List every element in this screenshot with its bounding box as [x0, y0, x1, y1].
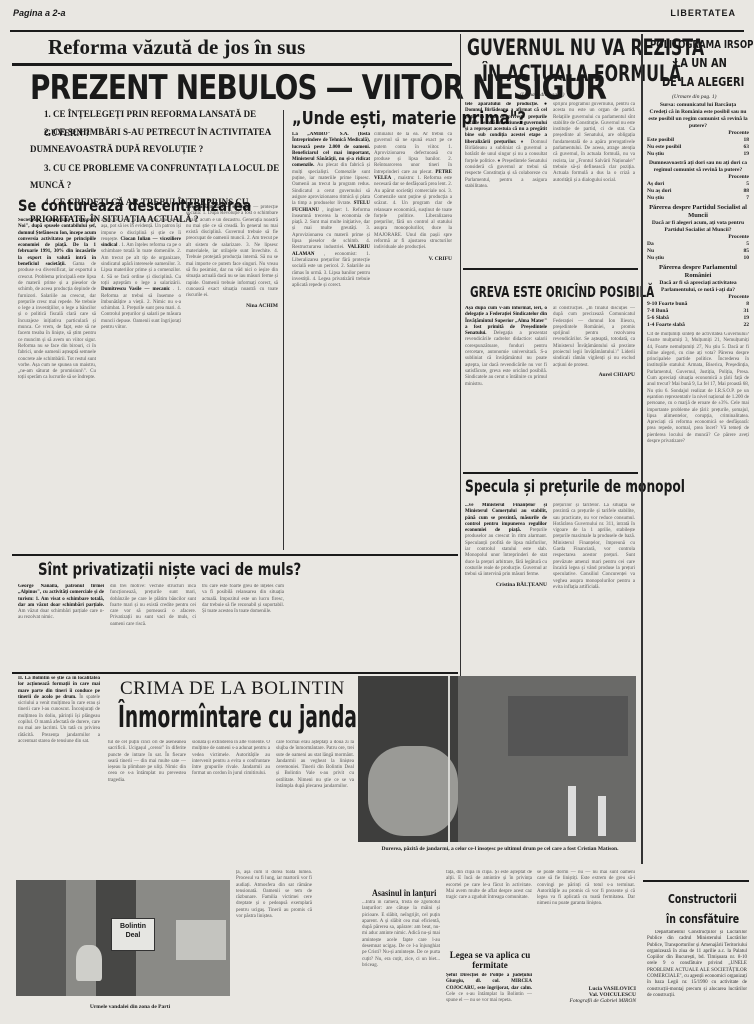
article-byline: Aurel CHIAPU — [553, 372, 635, 378]
column-divider — [641, 34, 643, 864]
article-column: prețurilor și tarifelor. La situația se … — [553, 503, 635, 653]
poll-header: Procente — [647, 294, 749, 301]
bolintin-headline: Înmormîntare cu jandarmi — [118, 700, 392, 735]
poll-row: 1-4 Foarte slabă22 — [647, 322, 749, 329]
kicker-rule — [12, 63, 452, 66]
poll-continued-text: Cît de mulțumiți sînteți de activitatea … — [647, 332, 749, 872]
survey-question: 3. CU CE PROBLEME VA CONFRUNTAȚI LA LOCU… — [30, 160, 285, 194]
sign-text: Deal — [112, 931, 154, 940]
article-column: Șeful Direcției de Poliție a județului G… — [446, 973, 532, 1017]
interviewee-name: Dumitrescu Vasile — mecanic — [101, 287, 170, 292]
photo-caption: Urmele vandalei din zona de Parti — [60, 1004, 200, 1010]
article-byline: V. CRIFU — [374, 256, 452, 262]
header-rule — [10, 30, 744, 32]
article-column: ...ve Ministerul Finanțelor și Ministeru… — [465, 503, 547, 653]
article-column: La „AMIRO" S.A. (fosta Întreprindere de … — [292, 132, 370, 547]
poll-block: Părerea despre Parlamentul României Dacă… — [647, 264, 749, 329]
sign-text: Bolintin — [112, 922, 154, 931]
section-rule — [12, 672, 458, 674]
poll-header: Procente — [647, 130, 749, 137]
poll-row: Nu știu10 — [647, 255, 749, 262]
poll-question: Dacă ar fi să apreciați activitatea Parl… — [647, 280, 749, 294]
poll-row: Aș dori5 — [647, 181, 749, 188]
newspaper-masthead: LIBERTATEA — [670, 8, 736, 18]
poll-row: 7-8 Bună31 — [647, 308, 749, 315]
column-divider — [460, 34, 461, 684]
article-byline: Nina ACHIM — [186, 303, 278, 309]
poll-title-line: DE LA ALEGERI — [662, 75, 734, 89]
funeral-photo — [358, 676, 636, 842]
poll-question: Dumneavoastră ați dori sau nu ați dori c… — [647, 160, 749, 174]
poll-header: Procente — [647, 174, 749, 181]
continuation-note: (Urmare din pag. 1) — [672, 94, 716, 100]
house-shape — [176, 920, 226, 960]
article-column: Breazianu Iulian — strungar — protecție … — [186, 205, 278, 535]
article-column: Societatea Comercială „Timpuri Noi", dup… — [18, 218, 96, 548]
section-rule — [12, 554, 458, 556]
privatization-headline: Sînt privatizații niște vaci de muls? — [38, 560, 301, 580]
page-number: Pagina a 2-a — [13, 8, 66, 18]
article-byline: Cristina BĂLȚEANU — [465, 582, 547, 588]
survey-question: 2. CE SCHIMBĂRI S-AU PETRECUT ÎN ACTIVIT… — [30, 124, 285, 158]
poll-body: Sursa: comunicatul lui Barcăuța Credeți … — [647, 102, 749, 872]
poll-question: Dacă ar fi alegeri acum, ați vota pentru… — [647, 220, 749, 234]
builders-headline-line2: în consfătuire — [666, 912, 739, 926]
poll-block: Părerea despre Partidul Socialist al Mun… — [647, 204, 749, 262]
column-divider — [283, 110, 284, 550]
town-sign: Bolintin Deal — [111, 918, 155, 951]
builders-body: Departamentul Construcțiilor și Lucrăril… — [647, 930, 747, 1012]
subhead-law: Legea se va aplica cu fermitate — [448, 950, 532, 970]
poll-block-title: Părerea despre Parlamentul României — [647, 264, 749, 280]
cross-shape — [568, 786, 576, 836]
poll-question: Credeți că în România este posibil sau n… — [647, 109, 749, 130]
article-column: tele aparatului de producție. ● Domnul B… — [465, 102, 547, 262]
article-column: II. La Bolintin se știe că în localitate… — [18, 676, 100, 876]
photo-caption: Durerea, păzită de jandarmi, a celor ce-… — [380, 846, 620, 852]
poll-row: 5-6 Slabă19 — [647, 315, 749, 322]
article-column: ajuns, nu avea să pară lucru bine să fie… — [101, 218, 181, 548]
poll-title-line: POLITOGRAMA IRSOP — [650, 38, 728, 51]
survey-kicker: Reforma văzută de jos în sus — [48, 35, 305, 60]
article-column: fața, din clipă în clipă. Și este aștept… — [446, 870, 532, 930]
subhead-assassin: Asasinul în lanțuri — [372, 888, 436, 898]
article-column: tru care este foarte greu de înțeles cum… — [202, 584, 284, 666]
poll-block: Dumneavoastră ați dori sau nu ați dori c… — [647, 160, 749, 202]
poll-header: Procente — [647, 234, 749, 241]
article-column: ță, așa cum îl dorea toată lumea. Proces… — [236, 870, 312, 1020]
article-column: ...Intră în camera, tristă de zgomotul l… — [362, 900, 440, 1018]
poll-row: Nu știu19 — [647, 151, 749, 158]
poll-row: Nu85 — [647, 248, 749, 255]
poll-intro: Sursa: comunicatul lui Barcăuța — [647, 102, 749, 109]
poll-title: POLITOGRAMA IRSOP LA UN AN DE LA ALEGERI — [644, 38, 750, 89]
article-lead: Societatea Comercială „Timpuri Noi", dup… — [18, 218, 96, 267]
article-column: sionată și extinderea în alte violente. … — [192, 740, 270, 868]
article-column: care tocmai erau așteptați a doua zi la … — [276, 740, 354, 868]
dog-shape — [76, 945, 102, 981]
article-column: tul de cel puțin cinci ori de aseneanea … — [108, 740, 186, 868]
bolintin-bylines: Lucia VASILOVICI Val. VOICULESCU Fotogra… — [566, 986, 636, 1004]
photo-separator — [448, 676, 450, 842]
interviewee-name: Breazianu Iulian — strungar — [186, 205, 251, 210]
section-rule — [463, 472, 638, 474]
poll-title-line: LA UN AN — [674, 56, 736, 70]
section-rule — [643, 880, 749, 882]
bolintin-sign-photo: Bolintin Deal — [16, 880, 230, 996]
article-column: George Nănăilă, patronul firmei „Alpinus… — [18, 584, 104, 666]
article-byline: Fotografii de Gabriel MIRON — [566, 998, 636, 1004]
crowd-shape — [508, 696, 628, 756]
poll-block-title: Părerea despre Partidul Socialist al Mun… — [647, 204, 749, 220]
poll-row: Nu este posibil63 — [647, 144, 749, 151]
section-rule — [463, 268, 638, 270]
poll-row: Nu știu7 — [647, 195, 749, 202]
poll-row: Da5 — [647, 241, 749, 248]
builders-headline-line1: Constructorii — [668, 892, 737, 906]
article-lead: Șeful Direcției de Poliție a județului G… — [446, 973, 532, 991]
article-column: sprijini programul guvernului, pentru că… — [553, 102, 635, 262]
poll-row: 9-10 Foarte bună8 — [647, 301, 749, 308]
article-column: Așa după cum v-am informat, ieri, o dele… — [465, 306, 547, 456]
article-lead: tele aparatului de producție. ● Domnul B… — [465, 102, 547, 145]
article-lead: George Nănăilă, patronul firmei „Alpinus… — [18, 584, 104, 608]
poll-row: Este posibil18 — [647, 137, 749, 144]
article-column: al construcției. „În finalul discuției —… — [553, 306, 635, 456]
article-column: din trei motive: vechile structuri încă … — [110, 584, 196, 666]
building-shape — [16, 880, 66, 996]
cross-shape — [598, 796, 606, 836]
poll-block: Credeți că în România este posibil sau n… — [647, 109, 749, 158]
continuation-note: (Urmare din pag. 1) — [520, 92, 564, 98]
bolintin-kicker: CRIMA DE LA BOLINTIN — [120, 678, 345, 700]
article-column: ciminalul de la ea. Ar trebui ca guvernu… — [374, 132, 452, 547]
wreath-shape — [368, 746, 458, 836]
poll-row: Nu aș dori88 — [647, 188, 749, 195]
article-column: se poate dormi — nu — nu mai sunt oameni… — [537, 870, 635, 950]
strike-headline: GREVA ESTE ORICÎND POSIBILĂ — [470, 283, 654, 301]
